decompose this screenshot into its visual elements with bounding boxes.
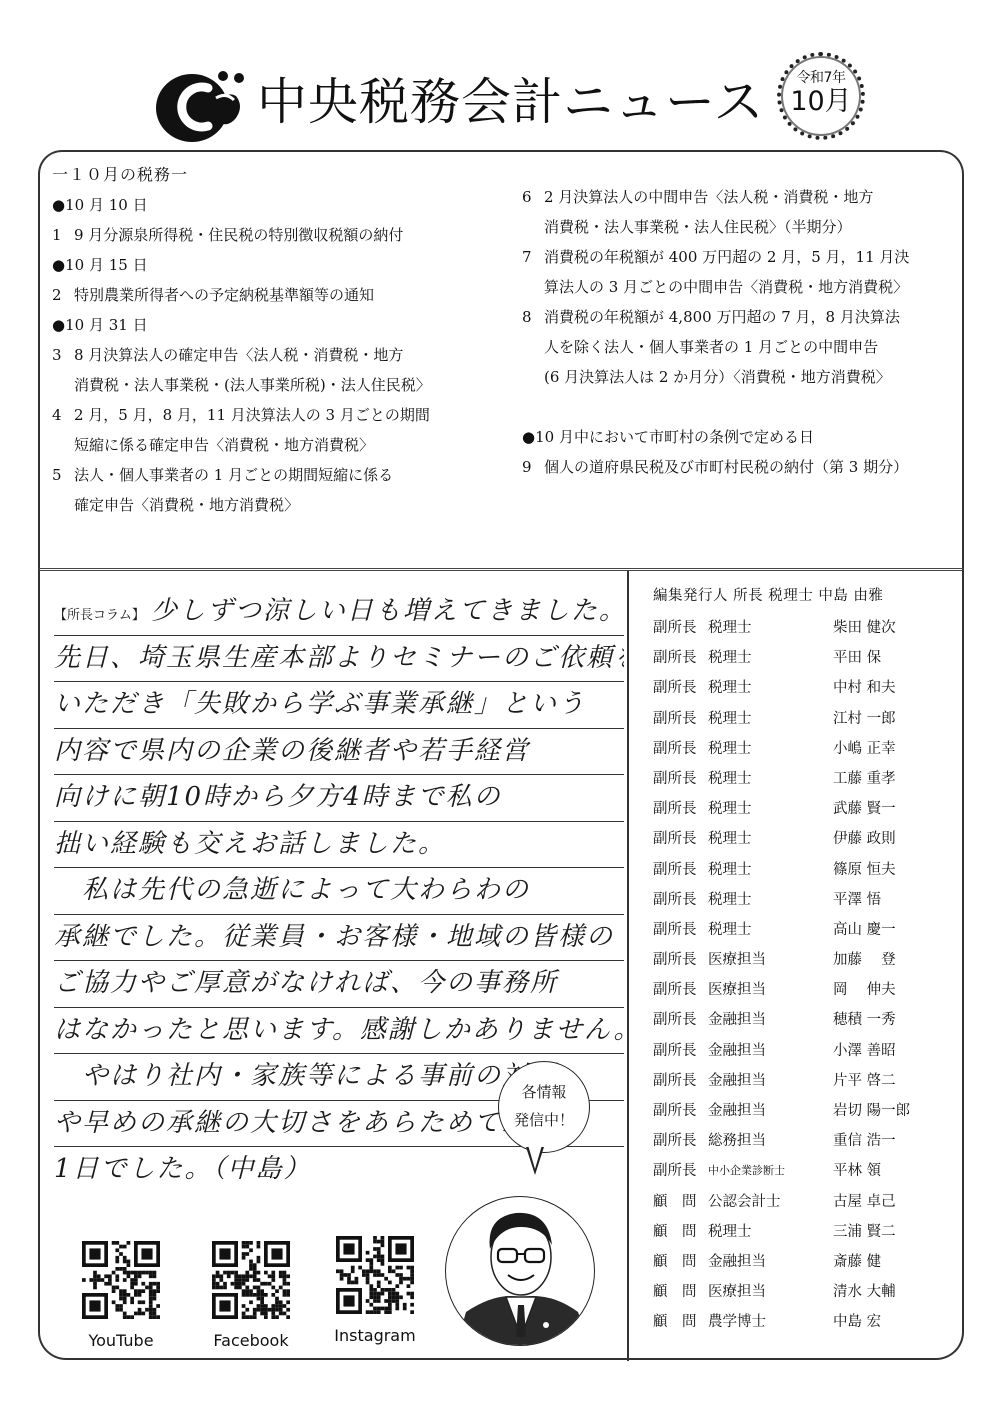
- staff-row: 副所長税理士江村 一郎: [653, 704, 958, 734]
- staff-credential: 金融担当: [708, 1247, 833, 1277]
- column-line: 拙い経験も交えお話しました。: [54, 822, 624, 869]
- newsletter-header: 中央税務会計ニュース 令和7年 10月: [0, 0, 1000, 150]
- column-text: 1日でした。（中島）: [54, 1154, 312, 1184]
- staff-role: 副所長: [653, 613, 708, 643]
- tax-item-text: 消費税・法人事業税・(法人事業所税)・法人住民税〉: [52, 370, 502, 400]
- tax-item-number: 7: [522, 242, 544, 272]
- staff-row: 副所長税理士小嶋 正幸: [653, 734, 958, 764]
- staff-row: 顧 問金融担当斎藤 健: [653, 1247, 958, 1277]
- instagram-qr-code-icon[interactable]: [336, 1236, 414, 1314]
- facebook-label: Facebook: [206, 1331, 296, 1350]
- staff-row: 副所長税理士柴田 健次: [653, 613, 958, 643]
- tax-item-text: 個人の道府県民税及び市町村民税の納付（第 3 期分）: [544, 458, 908, 476]
- column-text: 内容で県内の企業の後継者や若手経営: [54, 736, 530, 766]
- tax-item-text: 法人・個人事業者の 1 月ごとの期間短縮に係る: [74, 466, 393, 484]
- staff-name: 平澤 悟: [833, 885, 953, 915]
- tax-item-number: 8: [522, 302, 544, 332]
- column-line: 承継でした。従業員・お客様・地域の皆様の: [54, 915, 624, 962]
- staff-row: 副所長税理士平田 保: [653, 643, 958, 673]
- staff-name: 工藤 重孝: [833, 764, 953, 794]
- staff-role: 副所長: [653, 975, 708, 1005]
- staff-role: 副所長: [653, 855, 708, 885]
- column-line: 私は先代の急逝によって大わらわの: [54, 868, 624, 915]
- tax-item-number: 1: [52, 220, 74, 250]
- staff-role: 副所長: [653, 1005, 708, 1035]
- tax-item-text: 2 月決算法人の中間申告〈法人税・消費税・地方: [544, 188, 873, 206]
- staff-role: 顧 問: [653, 1247, 708, 1277]
- tax-item-text: 算法人の 3 月ごとの中間申告〈消費税・地方消費税〉: [522, 272, 952, 302]
- staff-credential: 税理士: [708, 764, 833, 794]
- tax-item-text: 2 月，5 月，8 月，11 月決算法人の 3 月ごとの期間: [74, 406, 430, 424]
- tax-due-date: ●10 月 15 日: [52, 250, 502, 280]
- tax-item-text: 消費税・法人事業税・法人住民税〉（半期分）: [522, 212, 952, 242]
- staff-name: 岡 伸夫: [833, 975, 953, 1005]
- staff-role: 副所長: [653, 824, 708, 854]
- staff-name: 小嶋 正幸: [833, 734, 953, 764]
- staff-name: 小澤 善昭: [833, 1036, 953, 1066]
- column-text: ご協力やご厚意がなければ、今の事務所: [54, 968, 558, 998]
- tax-item: 8消費税の年税額が 4,800 万円超の 7 月，8 月決算法人を除く法人・個人…: [522, 302, 952, 392]
- staff-credential: 公認会計士: [708, 1187, 833, 1217]
- staff-name: 加藤 登: [833, 945, 953, 975]
- youtube-qr-code-icon[interactable]: [82, 1241, 160, 1319]
- column-text: 向けに朝10時から夕方4時まで私の: [54, 782, 502, 812]
- column-text: 先日、埼玉県生産本部よりセミナーのご依頼を: [54, 643, 624, 673]
- staff-row: 副所長税理士篠原 恒夫: [653, 855, 958, 885]
- staff-role: 顧 問: [653, 1217, 708, 1247]
- tax-due-date: ●10 月 10 日: [52, 190, 502, 220]
- newsletter-title: 中央税務会計ニュース: [257, 72, 765, 132]
- staff-row: 副所長総務担当重信 浩一: [653, 1126, 958, 1156]
- staff-credential: 医療担当: [708, 975, 833, 1005]
- staff-credential: 医療担当: [708, 945, 833, 975]
- instagram-qr-group[interactable]: Instagram: [330, 1236, 420, 1345]
- staff-name: 平林 領: [833, 1156, 953, 1186]
- staff-row: 副所長税理士工藤 重孝: [653, 764, 958, 794]
- tax-item-text: 9 月分源泉所得税・住民税の特別徴収税額の納付: [74, 226, 403, 244]
- tax-due-date: ●10 月 31 日: [52, 310, 502, 340]
- staff-role: 副所長: [653, 1066, 708, 1096]
- staff-row: 副所長医療担当加藤 登: [653, 945, 958, 975]
- tax-item: 9個人の道府県民税及び市町村民税の納付（第 3 期分）: [522, 452, 952, 482]
- tax-item: 42 月，5 月，8 月，11 月決算法人の 3 月ごとの期間短縮に係る確定申告…: [52, 400, 502, 460]
- tax-calendar-left-column: 一１０月の税務一 ●10 月 10 日19 月分源泉所得税・住民税の特別徴収税額…: [52, 160, 502, 520]
- tax-item-number: 4: [52, 400, 74, 430]
- bubble-line: 各情報: [499, 1078, 589, 1106]
- staff-credential: 総務担当: [708, 1126, 833, 1156]
- tax-item: 38 月決算法人の確定申告〈法人税・消費税・地方消費税・法人事業税・(法人事業所…: [52, 340, 502, 400]
- staff-row: 副所長金融担当穂積 一秀: [653, 1005, 958, 1035]
- staff-row: 副所長税理士伊藤 政則: [653, 824, 958, 854]
- staff-role: 副所長: [653, 643, 708, 673]
- tax-item-number: 3: [52, 340, 74, 370]
- staff-credential: 中小企業診断士: [708, 1156, 833, 1186]
- tax-item: 19 月分源泉所得税・住民税の特別徴収税額の納付: [52, 220, 502, 250]
- staff-name: 武藤 賢一: [833, 794, 953, 824]
- column-line: いただき「失敗から学ぶ事業承継」という: [54, 682, 624, 729]
- tax-item-text: 人を除く法人・個人事業者の 1 月ごとの中間申告: [522, 332, 952, 362]
- staff-credential: 金融担当: [708, 1005, 833, 1035]
- staff-name: 江村 一郎: [833, 704, 953, 734]
- staff-name: 三浦 賢二: [833, 1217, 953, 1247]
- staff-role: 副所長: [653, 1096, 708, 1126]
- staff-role: 顧 問: [653, 1307, 708, 1337]
- tax-item-number: 5: [52, 460, 74, 490]
- staff-name: 古屋 卓己: [833, 1187, 953, 1217]
- tax-calendar-right-column: 62 月決算法人の中間申告〈法人税・消費税・地方消費税・法人事業税・法人住民税〉…: [522, 182, 952, 482]
- company-logo-icon: [148, 66, 248, 146]
- staff-credential: 税理士: [708, 643, 833, 673]
- staff-credential: 農学博士: [708, 1307, 833, 1337]
- staff-role: 副所長: [653, 734, 708, 764]
- tax-calendar-heading: 一１０月の税務一: [52, 160, 502, 190]
- staff-name: 斎藤 健: [833, 1247, 953, 1277]
- tax-item: 7消費税の年税額が 400 万円超の 2 月，5 月，11 月決算法人の 3 月…: [522, 242, 952, 302]
- column-line: はなかったと思います。感謝しかありません。: [54, 1008, 624, 1055]
- column-text: はなかったと思います。感謝しかありません。: [54, 1015, 624, 1045]
- staff-credential: 税理士: [708, 824, 833, 854]
- tax-calendar-section: 一１０月の税務一 ●10 月 10 日19 月分源泉所得税・住民税の特別徴収税額…: [38, 150, 964, 570]
- staff-credential: 税理士: [708, 1217, 833, 1247]
- staff-credential: 税理士: [708, 885, 833, 915]
- tax-item-number: 9: [522, 452, 544, 482]
- staff-credential: 税理士: [708, 613, 833, 643]
- staff-role: 副所長: [653, 704, 708, 734]
- staff-name: 柴田 健次: [833, 613, 953, 643]
- tax-item-text: 短縮に係る確定申告〈消費税・地方消費税〉: [52, 430, 502, 460]
- staff-row: 副所長税理士平澤 悟: [653, 885, 958, 915]
- staff-credential: 税理士: [708, 915, 833, 945]
- issue-month: 10月: [781, 87, 861, 117]
- staff-row: 副所長税理士中村 和夫: [653, 673, 958, 703]
- tax-item-number: 2: [52, 280, 74, 310]
- column-line: 内容で県内の企業の後継者や若手経営: [54, 729, 624, 776]
- column-line: 向けに朝10時から夕方4時まで私の: [54, 775, 624, 822]
- staff-name: 岩切 陽一郎: [833, 1096, 953, 1126]
- staff-row: 顧 問農学博士中島 宏: [653, 1307, 958, 1337]
- column-text: 承継でした。従業員・お客様・地域の皆様の: [54, 922, 614, 952]
- tax-due-date: ●10 月中において市町村の条例で定める日: [522, 422, 952, 452]
- speech-bubble-tail: [526, 1147, 544, 1175]
- staff-name: 重信 浩一: [833, 1126, 953, 1156]
- staff-name: 中島 宏: [833, 1307, 953, 1337]
- column-text: いただき「失敗から学ぶ事業承継」という: [54, 689, 586, 719]
- staff-credential: 金融担当: [708, 1036, 833, 1066]
- staff-credential: 税理士: [708, 794, 833, 824]
- column-line: 先日、埼玉県生産本部よりセミナーのご依頼を: [54, 636, 624, 683]
- staff-credential: 金融担当: [708, 1096, 833, 1126]
- column-line: ご協力やご厚意がなければ、今の事務所: [54, 961, 624, 1008]
- staff-role: 副所長: [653, 764, 708, 794]
- staff-credential: 税理士: [708, 673, 833, 703]
- column-text: やはり社内・家族等による事前の対話: [54, 1061, 558, 1091]
- staff-name: 篠原 恒夫: [833, 855, 953, 885]
- staff-role: 副所長: [653, 673, 708, 703]
- facebook-qr-code-icon[interactable]: [212, 1241, 290, 1319]
- staff-row: 顧 問税理士三浦 賢二: [653, 1217, 958, 1247]
- facebook-qr-group[interactable]: Facebook: [206, 1241, 296, 1350]
- youtube-label: YouTube: [76, 1331, 166, 1350]
- section-divider: [627, 571, 629, 1361]
- staff-name: 片平 啓二: [833, 1066, 953, 1096]
- column-text: 私は先代の急逝によって大わらわの: [54, 875, 530, 905]
- staff-credential: 税理士: [708, 734, 833, 764]
- staff-row: 副所長金融担当岩切 陽一郎: [653, 1096, 958, 1126]
- column-text: 少しずつ涼しい日も増えてきました。: [151, 596, 624, 626]
- tax-item-text: 消費税の年税額が 400 万円超の 2 月，5 月，11 月決: [544, 248, 909, 266]
- spacer: [522, 392, 952, 422]
- staff-credential: 税理士: [708, 855, 833, 885]
- issue-era: 令和7年: [781, 67, 861, 87]
- tax-item-number: 6: [522, 182, 544, 212]
- tax-item: 5法人・個人事業者の 1 月ごとの期間短縮に係る確定申告〈消費税・地方消費税〉: [52, 460, 502, 520]
- tax-item: 2特別農業所得者への予定納税基準額等の通知: [52, 280, 502, 310]
- column-tag: 【所長コラム】: [54, 608, 145, 623]
- staff-role: 顧 問: [653, 1187, 708, 1217]
- tax-item-text: 確定申告〈消費税・地方消費税〉: [52, 490, 502, 520]
- staff-name: 中村 和夫: [833, 673, 953, 703]
- tax-item: 62 月決算法人の中間申告〈法人税・消費税・地方消費税・法人事業税・法人住民税〉…: [522, 182, 952, 242]
- staff-row: 副所長税理士高山 慶一: [653, 915, 958, 945]
- tax-item-text: 特別農業所得者への予定納税基準額等の通知: [74, 286, 374, 304]
- publisher-line: 編集発行人 所長 税理士 中島 由雅: [653, 583, 958, 609]
- bottom-section: 【所長コラム】少しずつ涼しい日も増えてきました。先日、埼玉県生産本部よりセミナー…: [38, 568, 964, 1360]
- staff-row: 副所長金融担当小澤 善昭: [653, 1036, 958, 1066]
- tax-item-text: 8 月決算法人の確定申告〈法人税・消費税・地方: [74, 346, 403, 364]
- staff-name: 清水 大輔: [833, 1277, 953, 1307]
- staff-role: 副所長: [653, 945, 708, 975]
- staff-row: 顧 問医療担当清水 大輔: [653, 1277, 958, 1307]
- staff-credential: 医療担当: [708, 1277, 833, 1307]
- director-portrait: [445, 1196, 595, 1346]
- staff-row: 副所長医療担当岡 伸夫: [653, 975, 958, 1005]
- staff-role: 副所長: [653, 794, 708, 824]
- director-portrait-icon: [446, 1197, 595, 1346]
- issue-date-stamp: 令和7年 10月: [777, 52, 865, 140]
- staff-role: 副所長: [653, 885, 708, 915]
- instagram-label: Instagram: [330, 1326, 420, 1345]
- staff-role: 副所長: [653, 915, 708, 945]
- bubble-line: 発信中！: [499, 1106, 589, 1134]
- youtube-qr-group[interactable]: YouTube: [76, 1241, 166, 1350]
- staff-list: 編集発行人 所長 税理士 中島 由雅 副所長税理士柴田 健次副所長税理士平田 保…: [653, 583, 958, 1338]
- staff-name: 平田 保: [833, 643, 953, 673]
- staff-role: 顧 問: [653, 1277, 708, 1307]
- staff-role: 副所長: [653, 1156, 708, 1186]
- tax-item-text: 消費税の年税額が 4,800 万円超の 7 月，8 月決算法: [544, 308, 900, 326]
- info-speech-bubble: 各情報 発信中！: [498, 1061, 590, 1153]
- tax-item-text: (6 月決算法人は 2 か月分）〈消費税・地方消費税〉: [522, 362, 952, 392]
- staff-row: 副所長中小企業診断士平林 領: [653, 1156, 958, 1186]
- staff-row: 副所長税理士武藤 賢一: [653, 794, 958, 824]
- staff-role: 副所長: [653, 1126, 708, 1156]
- column-line: 【所長コラム】少しずつ涼しい日も増えてきました。: [54, 589, 624, 636]
- staff-name: 高山 慶一: [833, 915, 953, 945]
- staff-role: 副所長: [653, 1036, 708, 1066]
- staff-name: 穂積 一秀: [833, 1005, 953, 1035]
- staff-row: 顧 問公認会計士古屋 卓己: [653, 1187, 958, 1217]
- staff-row: 副所長金融担当片平 啓二: [653, 1066, 958, 1096]
- column-text: 拙い経験も交えお話しました。: [54, 829, 446, 859]
- staff-credential: 税理士: [708, 704, 833, 734]
- staff-credential: 金融担当: [708, 1066, 833, 1096]
- staff-name: 伊藤 政則: [833, 824, 953, 854]
